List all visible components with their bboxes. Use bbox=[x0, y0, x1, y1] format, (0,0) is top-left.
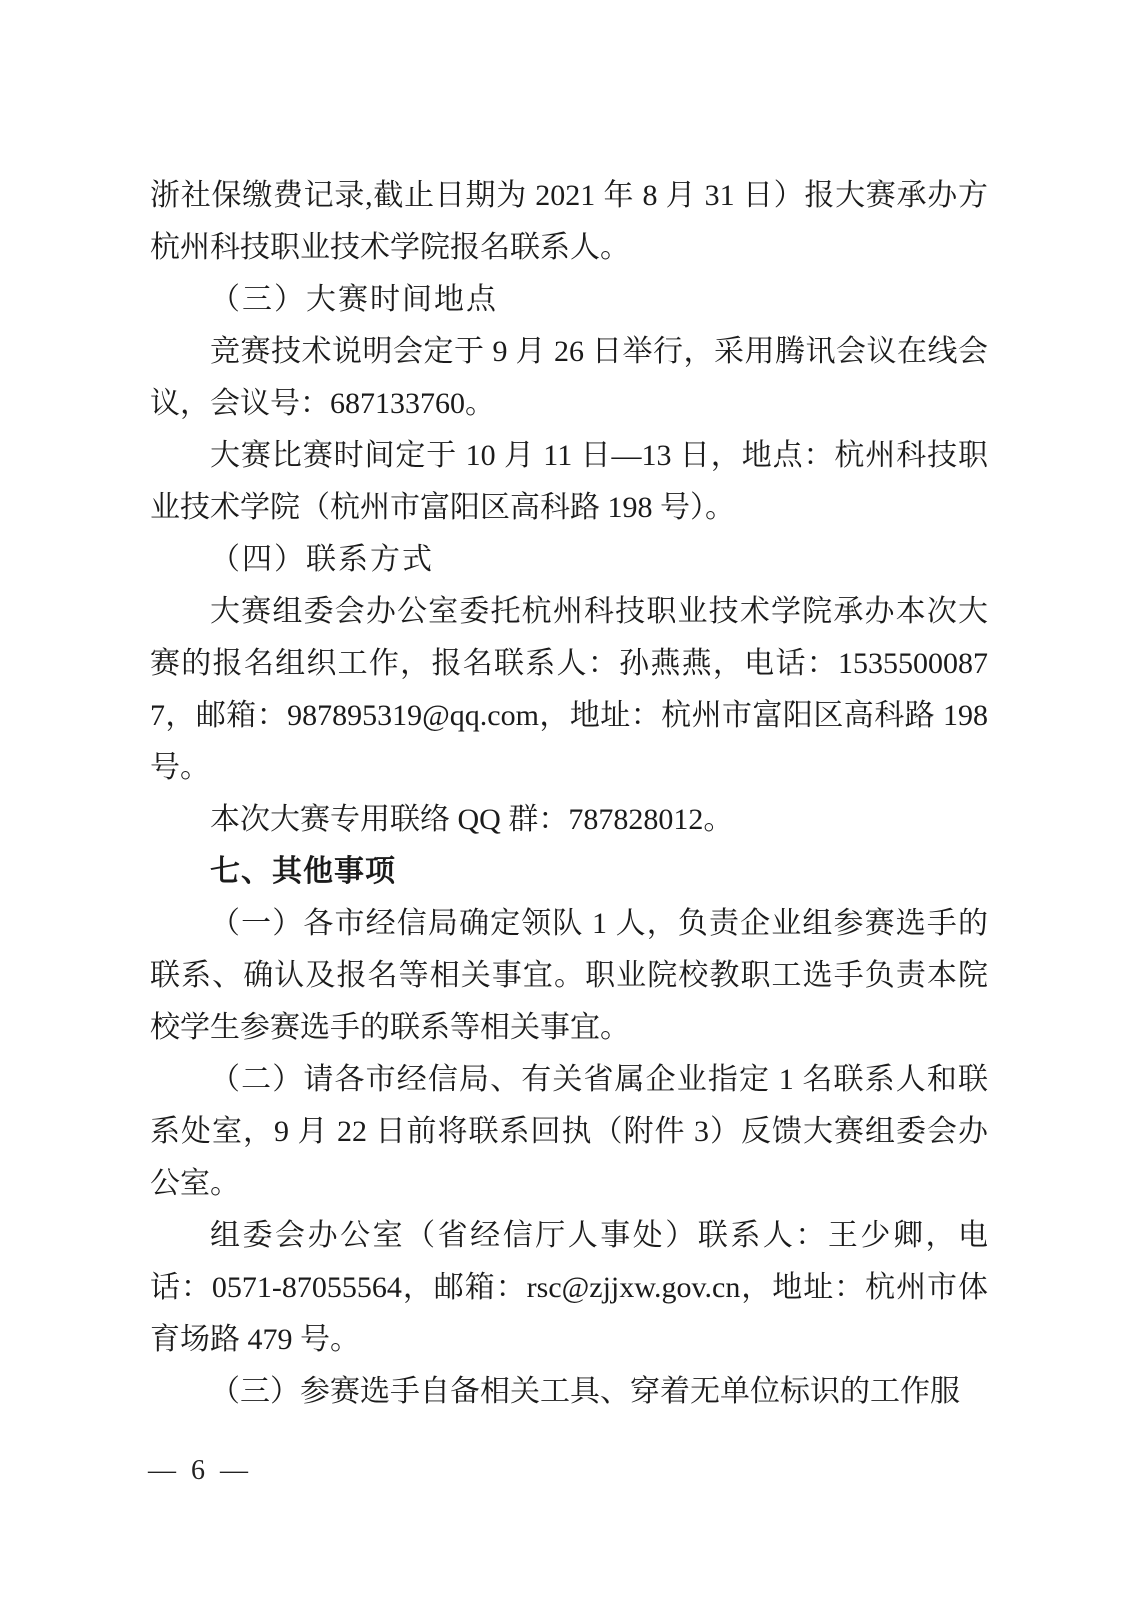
heading-other-matters: 七、其他事项 bbox=[150, 846, 988, 898]
paragraph-office-contact: 组委会办公室（省经信厅人事处）联系人：王少卿，电话：0571-87055564，… bbox=[150, 1210, 988, 1366]
paragraph-team-leader: （一）各市经信局确定领队 1 人，负责企业组参赛选手的联系、确认及报名等相关事宜… bbox=[150, 898, 988, 1054]
paragraph-technical-briefing: 竞赛技术说明会定于 9 月 26 日举行，采用腾讯会议在线会议，会议号：6871… bbox=[150, 326, 988, 430]
paragraph-registration-continuation: 浙社保缴费记录,截止日期为 2021 年 8 月 31 日）报大赛承办方杭州科技… bbox=[150, 170, 988, 274]
paragraph-liaison-receipt: （二）请各市经信局、有关省属企业指定 1 名联系人和联系处室，9 月 22 日前… bbox=[150, 1054, 988, 1210]
paragraph-qq-group: 本次大赛专用联络 QQ 群：787828012。 bbox=[150, 794, 988, 846]
page-number: — 6 — bbox=[148, 1455, 252, 1487]
document-page: 浙社保缴费记录,截止日期为 2021 年 8 月 31 日）报大赛承办方杭州科技… bbox=[0, 0, 1131, 1600]
document-body: 浙社保缴费记录,截止日期为 2021 年 8 月 31 日）报大赛承办方杭州科技… bbox=[150, 170, 988, 1418]
paragraph-contestant-equipment: （三）参赛选手自备相关工具、穿着无单位标识的工作服 bbox=[150, 1366, 988, 1418]
paragraph-competition-schedule: 大赛比赛时间定于 10 月 11 日—13 日，地点：杭州科技职业技术学院（杭州… bbox=[150, 430, 988, 534]
paragraph-registration-contact: 大赛组委会办公室委托杭州科技职业技术学院承办本次大赛的报名组织工作，报名联系人：… bbox=[150, 586, 988, 794]
heading-contact-information: （四）联系方式 bbox=[150, 534, 988, 586]
heading-competition-time-place: （三）大赛时间地点 bbox=[150, 274, 988, 326]
